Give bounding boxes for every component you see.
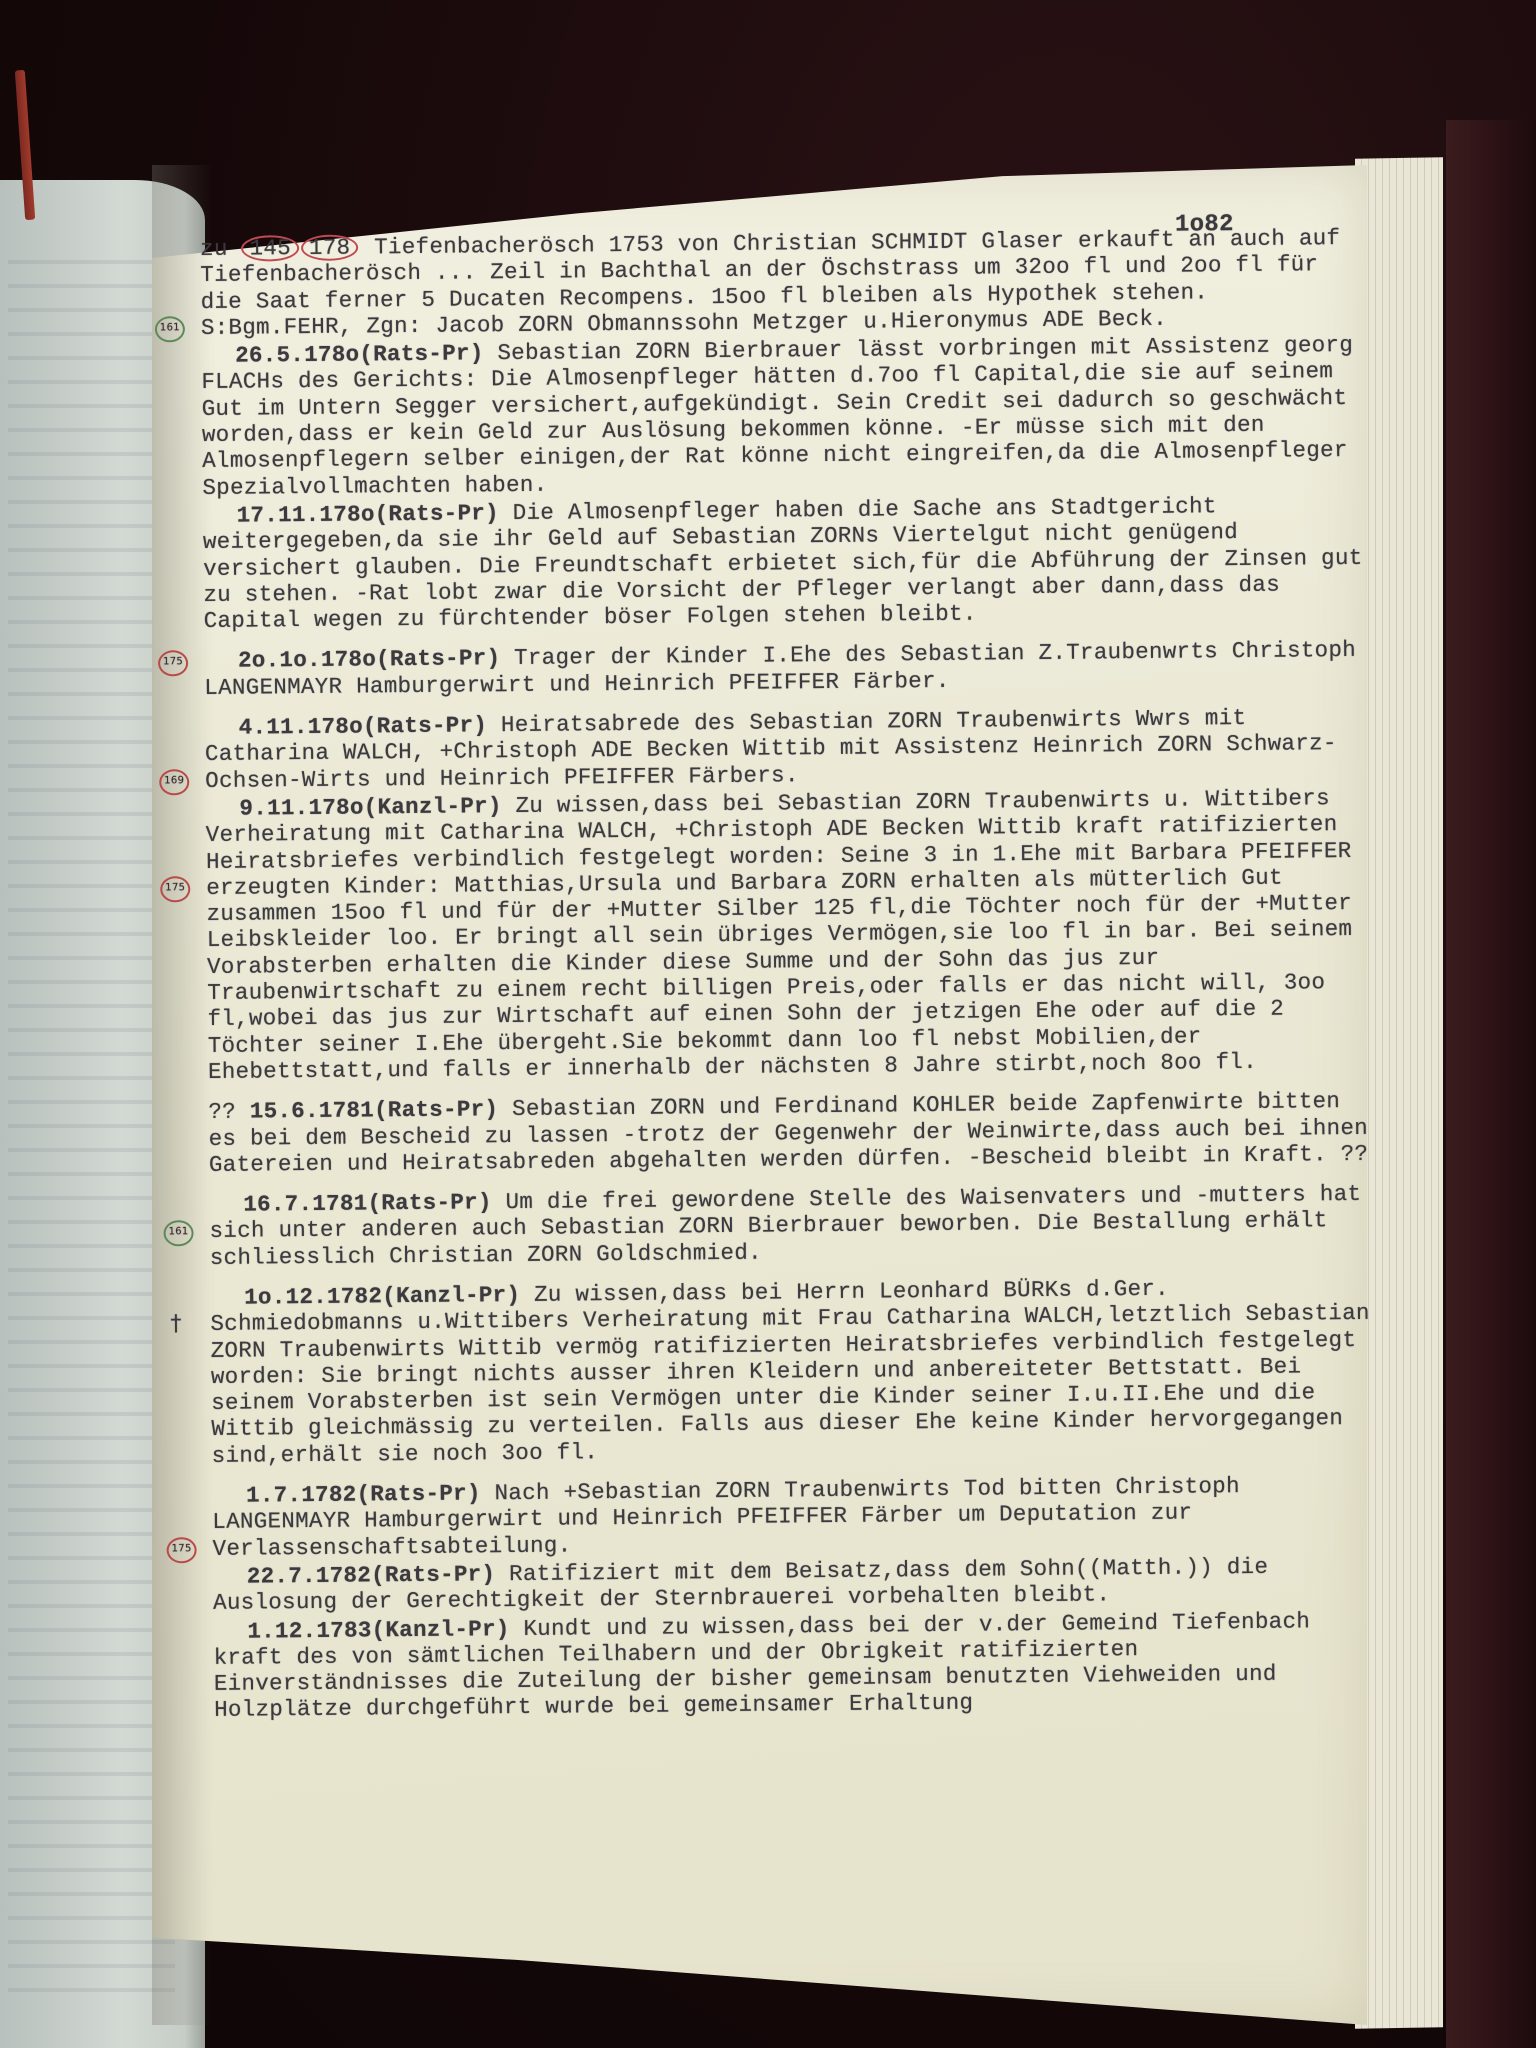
- entry: 26.5.178o(Rats-Pr) Sebastian ZORN Bierbr…: [201, 332, 1362, 501]
- entry: 175 2o.1o.178o(Rats-Pr) Trager der Kinde…: [204, 637, 1364, 701]
- entry: † 1o.12.1782(Kanzl-Pr) Zu wissen,dass be…: [210, 1274, 1372, 1469]
- margin-note-circle: 161: [155, 316, 185, 342]
- cross-mark-icon: †: [170, 1311, 182, 1337]
- entry: 175 9.11.178o(Kanzl-Pr) Zu wissen,dass b…: [205, 785, 1368, 1085]
- entry-date: 15.6.1781(Rats-Pr): [250, 1096, 499, 1124]
- entry-date: 2o.1o.178o(Rats-Pr): [204, 646, 500, 675]
- entry: ?? 15.6.1781(Rats-Pr) Sebastian ZORN und…: [208, 1088, 1369, 1178]
- entry-text: Tiefenbacherösch 1753 von Christian SCHM…: [200, 225, 1340, 341]
- binder-cover: [1446, 120, 1536, 2048]
- entry: 22.7.1782(Rats-Pr) Ratifiziert mit dem B…: [213, 1553, 1373, 1617]
- entry: 161 16.7.1781(Rats-Pr) Um die frei gewor…: [209, 1181, 1370, 1271]
- faint-text-lines: [8, 240, 175, 2008]
- entry-date: 17.11.178o(Rats-Pr): [203, 500, 499, 529]
- entry-prefix: ??: [208, 1099, 236, 1125]
- entry-date: 16.7.1781(Rats-Pr): [209, 1189, 492, 1218]
- entry-prefix: zu: [200, 236, 228, 262]
- entry-date: 26.5.178o(Rats-Pr): [201, 340, 484, 369]
- entry-date: 22.7.1782(Rats-Pr): [213, 1561, 496, 1590]
- entry-date: 9.11.178o(Kanzl-Pr): [205, 793, 501, 822]
- entry-date: 4.11.178o(Rats-Pr): [205, 712, 488, 741]
- entry: 1.12.1783(Kanzl-Pr) Kundt und zu wissen,…: [213, 1607, 1374, 1723]
- entry-intro: 161 zu 145178 Tiefenbacherösch 1753 von …: [200, 225, 1361, 341]
- margin-note-circle: 175: [160, 876, 190, 902]
- entry-date: 1o.12.1782(Kanzl-Pr): [210, 1282, 520, 1311]
- circled-reference: 145: [241, 235, 299, 262]
- entry-text: Zu wissen,dass bei Sebastian ZORN Traube…: [206, 785, 1353, 1085]
- entry: 169 4.11.178o(Rats-Pr) Heiratsabrede des…: [205, 704, 1366, 794]
- entry: 17.11.178o(Rats-Pr) Die Almosenpfleger h…: [203, 492, 1364, 635]
- entry: 175 1.7.1782(Rats-Pr) Nach +Sebastian ZO…: [212, 1472, 1373, 1562]
- entry-date: 1.7.1782(Rats-Pr): [212, 1480, 481, 1509]
- circled-reference: 178: [301, 234, 359, 261]
- entry-date: 1.12.1783(Kanzl-Pr): [213, 1616, 509, 1645]
- page-text: 1o82 161 zu 145178 Tiefenbacherösch 1753…: [200, 225, 1374, 1724]
